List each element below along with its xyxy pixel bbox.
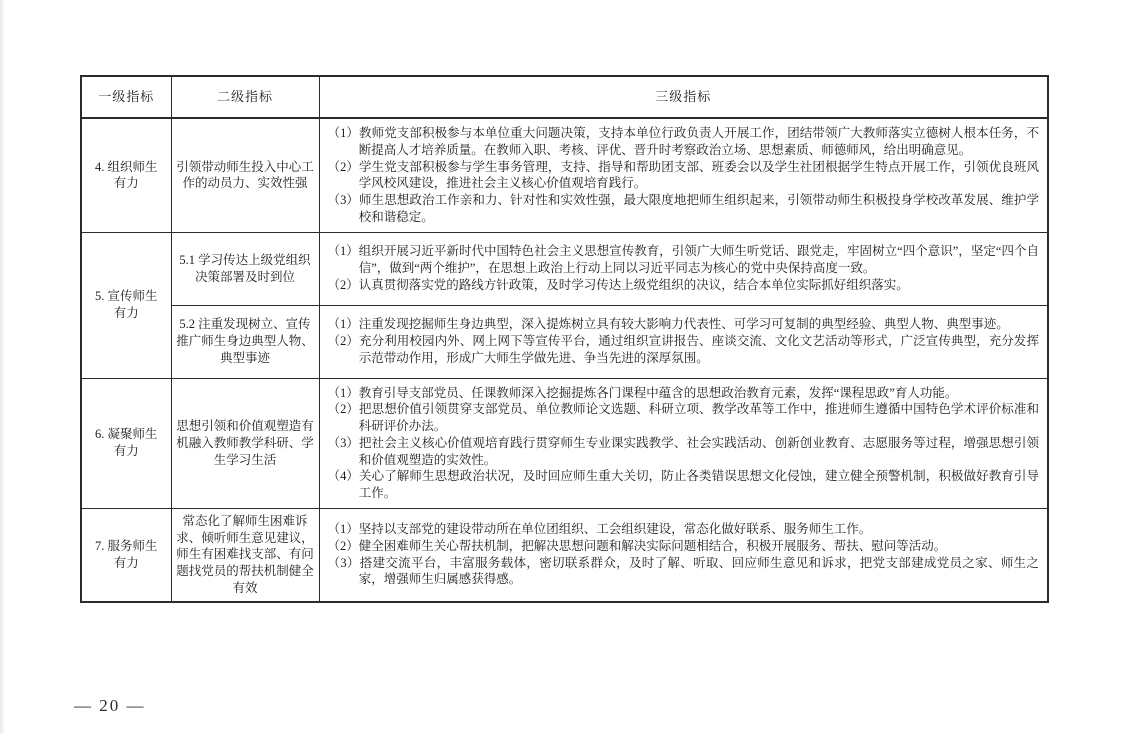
cell-row7-level3: （1）坚持以支部党的建设带动所在单位团组织、工会组织建设，常态化做好联系、服务师…	[319, 508, 1048, 601]
cell-row7-level2: 常态化了解师生困难诉求、倾听师生意见建议，师生有困难找支部、有问题找党员的帮扶机…	[171, 508, 319, 601]
scan-edge-artifact	[0, 0, 5, 734]
indicator-item: （2）健全困难师生关心帮扶机制，把解决思想问题和解决实际问题相结合，积极开展服务…	[328, 538, 1040, 555]
table-row-5b: 5.2 注重发现树立、宣传推广师生身边典型人物、典型事迹 （1）注重发现挖掘师生…	[81, 305, 1048, 378]
indicator-item: （2）充分利用校园内外、网上网下等宣传平台，通过组织宣讲报告、座谈交流、文化文艺…	[328, 333, 1040, 367]
header-level3: 三级指标	[319, 76, 1048, 118]
indicator-table: 一级指标 二级指标 三级指标 4. 组织师生 有力 引领带动师生投入中心工作的动…	[80, 75, 1049, 603]
indicator-item: （2）把思想价值引领贯穿支部党员、单位教师论文选题、科研立项、教学改革等工作中，…	[328, 401, 1040, 435]
table-header-row: 一级指标 二级指标 三级指标	[81, 76, 1048, 118]
table-row-5a: 5. 宣传师生 有力 5.1 学习传达上级党组织决策部署及时到位 （1）组织开展…	[81, 232, 1048, 305]
indicator-item: （3）搭建交流平台，丰富服务载体，密切联系群众，及时了解、听取、回应师生意见和诉…	[328, 555, 1040, 589]
cell-row5-level1: 5. 宣传师生 有力	[81, 232, 171, 378]
table-row-7: 7. 服务师生 有力 常态化了解师生困难诉求、倾听师生意见建议，师生有困难找支部…	[81, 508, 1048, 601]
cell-row5-sub1-level2: 5.1 学习传达上级党组织决策部署及时到位	[171, 232, 319, 305]
document-page: 一级指标 二级指标 三级指标 4. 组织师生 有力 引领带动师生投入中心工作的动…	[0, 0, 1122, 734]
indicator-item: （3）师生思想政治工作亲和力、针对性和实效性强，最大限度地把师生组织起来，引领带…	[328, 192, 1040, 226]
indicator-item: （1）坚持以支部党的建设带动所在单位团组织、工会组织建设，常态化做好联系、服务师…	[328, 521, 1040, 538]
indicator-item: （4）关心了解师生思想政治状况，及时回应师生重大关切，防止各类错误思想文化侵蚀，…	[328, 468, 1040, 502]
cell-row6-level3: （1）教育引导支部党员、任课教师深入挖掘提炼各门课程中蕴含的思想政治教育元素，发…	[319, 378, 1048, 508]
cell-row6-level1: 6. 凝聚师生 有力	[81, 378, 171, 508]
indicator-item: （2）学生党支部积极参与学生事务管理，支持、指导和帮助团支部、班委会以及学生社团…	[328, 159, 1040, 193]
cell-row4-level1: 4. 组织师生 有力	[81, 118, 171, 232]
cell-row6-level2: 思想引领和价值观塑造有机融入教师教学科研、学生学习生活	[171, 378, 319, 508]
cell-row7-level1: 7. 服务师生 有力	[81, 508, 171, 601]
cell-row5-sub1-level3: （1）组织开展习近平新时代中国特色社会主义思想宣传教育，引领广大师生听党话、跟党…	[319, 232, 1048, 305]
indicator-item: （1）教师党支部积极参与本单位重大问题决策，支持本单位行政负责人开展工作，团结带…	[328, 125, 1040, 159]
indicator-item: （1）教育引导支部党员、任课教师深入挖掘提炼各门课程中蕴含的思想政治教育元素，发…	[328, 385, 1040, 402]
header-level1: 一级指标	[81, 76, 171, 118]
table-row-6: 6. 凝聚师生 有力 思想引领和价值观塑造有机融入教师教学科研、学生学习生活 （…	[81, 378, 1048, 508]
cell-row5-sub2-level2: 5.2 注重发现树立、宣传推广师生身边典型人物、典型事迹	[171, 305, 319, 378]
header-level2: 二级指标	[171, 76, 319, 118]
footer-page-number: — 20 —	[74, 696, 146, 716]
cell-row4-level3: （1）教师党支部积极参与本单位重大问题决策，支持本单位行政负责人开展工作，团结带…	[319, 118, 1048, 232]
indicator-item: （3）把社会主义核心价值观培育践行贯穿师生专业课实践教学、社会实践活动、创新创业…	[328, 435, 1040, 469]
indicator-item: （1）注重发现挖掘师生身边典型，深入提炼树立具有较大影响力代表性、可学习可复制的…	[328, 316, 1040, 333]
cell-row4-level2: 引领带动师生投入中心工作的动员力、实效性强	[171, 118, 319, 232]
indicator-item: （1）组织开展习近平新时代中国特色社会主义思想宣传教育，引领广大师生听党话、跟党…	[328, 243, 1040, 277]
table-row-4: 4. 组织师生 有力 引领带动师生投入中心工作的动员力、实效性强 （1）教师党支…	[81, 118, 1048, 232]
indicator-item: （2）认真贯彻落实党的路线方针政策，及时学习传达上级党组织的决议，结合本单位实际…	[328, 277, 1040, 294]
cell-row5-sub2-level3: （1）注重发现挖掘师生身边典型，深入提炼树立具有较大影响力代表性、可学习可复制的…	[319, 305, 1048, 378]
